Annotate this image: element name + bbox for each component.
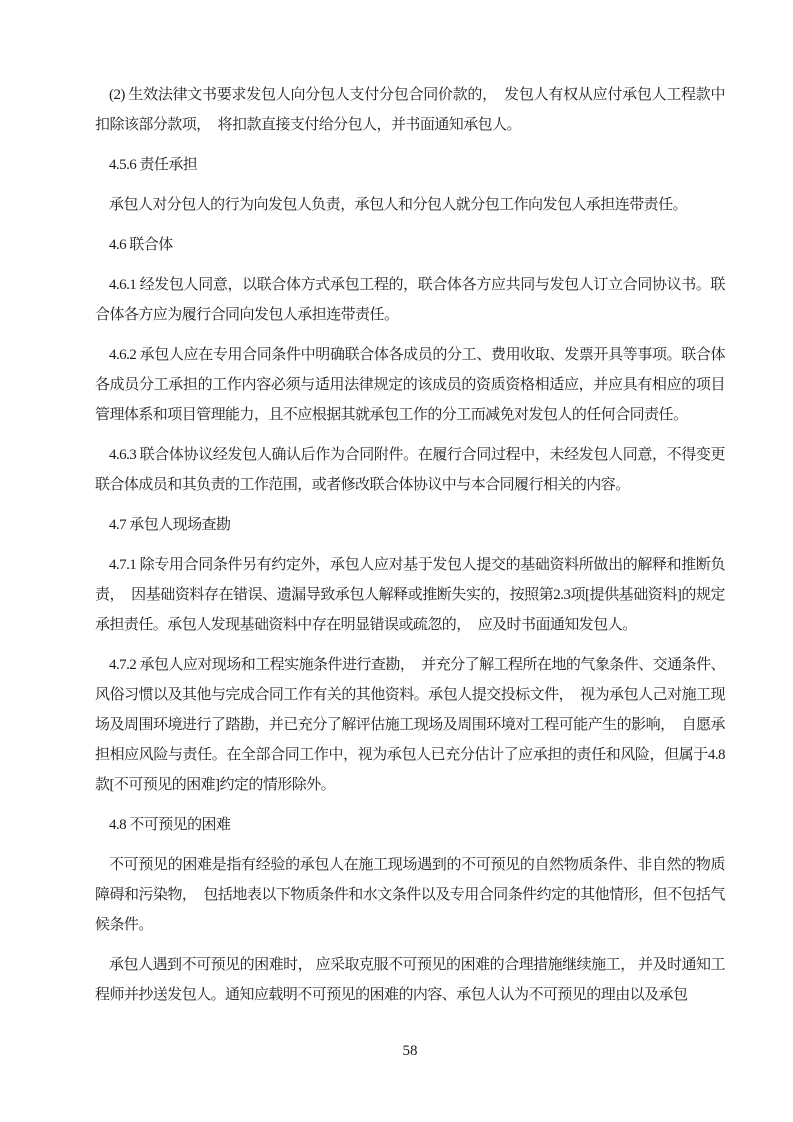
para-4-8-notice: 承包人遇到不可预见的困难时， 应采取克服不可预见的困难的合理措施继续施工， 并及… — [95, 950, 725, 1010]
heading-4-6: 4.6 联合体 — [95, 230, 725, 260]
para-4-7-1: 4.7.1 除专用合同条件另有约定外，承包人应对基于发包人提交的基础资料所做出的… — [95, 550, 725, 640]
para-4-6-1: 4.6.1 经发包人同意，以联合体方式承包工程的，联合体各方应共同与发包人订立合… — [95, 270, 725, 330]
para-4-6-3: 4.6.3 联合体协议经发包人确认后作为合同附件。在履行合同过程中，未经发包人同… — [95, 440, 725, 500]
heading-4-5-6: 4.5.6 责任承担 — [95, 150, 725, 180]
document-page: (2) 生效法律文书要求发包人向分包人支付分包合同价款的， 发包人有权从应付承包… — [0, 0, 793, 1122]
para-4-7-2: 4.7.2 承包人应对现场和工程实施条件进行查勘， 并充分了解工程所在地的气象条… — [95, 650, 725, 800]
para-4-5-6-body: 承包人对分包人的行为向发包人负责，承包人和分包人就分包工作向发包人承担连带责任。 — [95, 190, 725, 220]
document-body: (2) 生效法律文书要求发包人向分包人支付分包合同价款的， 发包人有权从应付承包… — [95, 80, 725, 1020]
para-subclause-2: (2) 生效法律文书要求发包人向分包人支付分包合同价款的， 发包人有权从应付承包… — [95, 80, 725, 140]
heading-4-8: 4.8 不可预见的困难 — [95, 810, 725, 840]
para-4-6-2: 4.6.2 承包人应在专用合同条件中明确联合体各成员的分工、费用收取、发票开具等… — [95, 340, 725, 430]
heading-4-7: 4.7 承包人现场查勘 — [95, 510, 725, 540]
page-number: 58 — [95, 1040, 725, 1062]
para-4-8-definition: 不可预见的困难是指有经验的承包人在施工现场遇到的不可预见的自然物质条件、非自然的… — [95, 850, 725, 940]
